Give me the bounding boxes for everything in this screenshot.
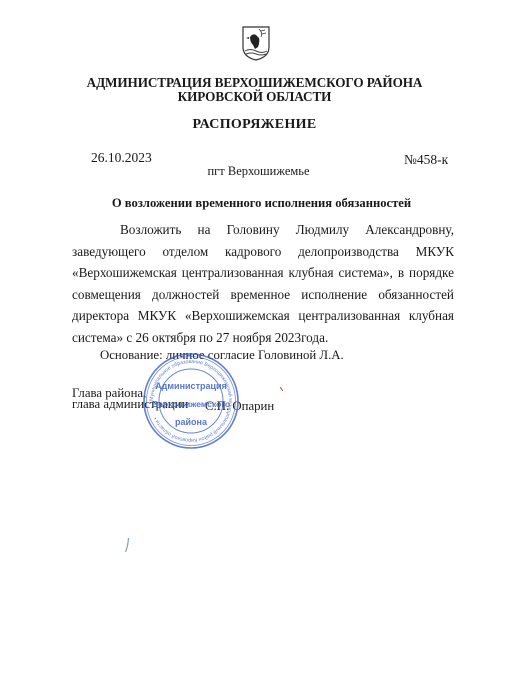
document-type-title: РАСПОРЯЖЕНИЕ bbox=[0, 117, 509, 133]
body-paragraph: Возложить на Головину Людмилу Александро… bbox=[72, 219, 454, 349]
document-body: Возложить на Головину Людмилу Александро… bbox=[72, 219, 454, 349]
ink-speck bbox=[280, 387, 283, 391]
organization-name-line-2: КИРОВСКОЙ ОБЛАСТИ bbox=[0, 89, 509, 105]
stamp-text-line-1: Администрация bbox=[142, 381, 240, 391]
document-place: пгт Верхошижемье bbox=[0, 164, 509, 179]
document-subject: О возложении временного исполнения обяза… bbox=[0, 196, 509, 211]
coat-of-arms-icon bbox=[241, 25, 271, 61]
pen-mark bbox=[125, 538, 129, 552]
stamp-text-line-3: района bbox=[142, 417, 240, 427]
stamp-text-line-2: Верхошижемского bbox=[142, 399, 240, 409]
document-page: АДМИНИСТРАЦИЯ ВЕРХОШИЖЕМСКОГО РАЙОНА КИР… bbox=[0, 0, 509, 700]
